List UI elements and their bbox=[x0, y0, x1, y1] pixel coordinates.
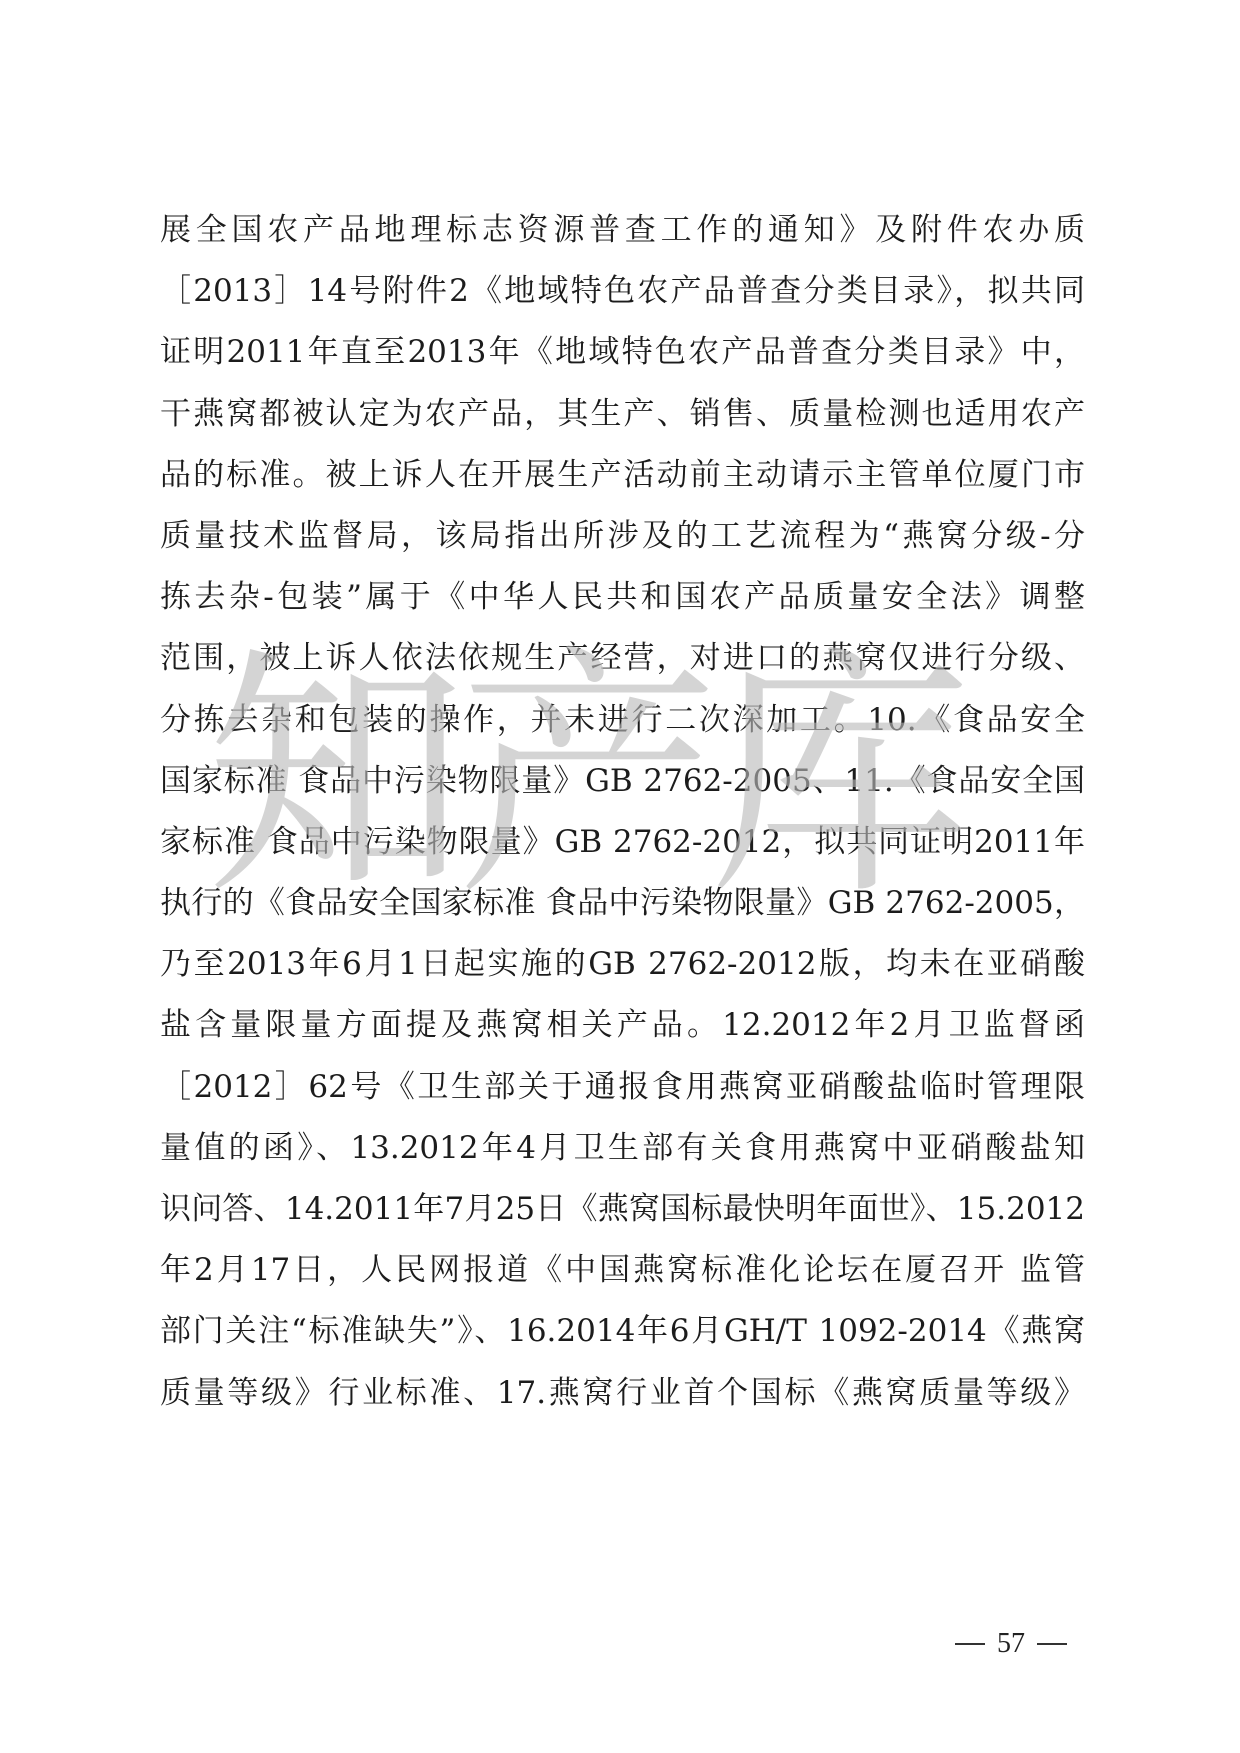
text-line: 质量技术监督局，该局指出所涉及的工艺流程为“燕窝分级-分 bbox=[160, 506, 1085, 567]
text-line: 质量等级》行业标准、17.燕窝行业首个国标《燕窝质量等级》 bbox=[160, 1363, 1085, 1424]
text-line: 品的标准。被上诉人在开展生产活动前主动请示主管单位厦门市 bbox=[160, 445, 1085, 506]
text-line: ［2012］62号《卫生部关于通报食用燕窝亚硝酸盐临时管理限 bbox=[160, 1057, 1085, 1118]
text-line: 年2月17日，人民网报道《中国燕窝标准化论坛在厦召开 监管 bbox=[160, 1240, 1085, 1301]
text-line: 拣去杂-包装”属于《中华人民共和国农产品质量安全法》调整 bbox=[160, 567, 1085, 628]
page-number: 57 bbox=[955, 1628, 1067, 1660]
body-text: 展全国农产品地理标志资源普查工作的通知》及附件农办质 ［2013］14号附件2《… bbox=[160, 200, 1085, 1424]
text-line: 执行的《食品安全国家标准 食品中污染物限量》GB 2762-2005， bbox=[160, 873, 1085, 934]
text-line: 乃至2013年6月1日起实施的GB 2762-2012版，均未在亚硝酸 bbox=[160, 934, 1085, 995]
text-line: 分拣去杂和包装的操作，并未进行二次深加工。10.《食品安全 bbox=[160, 690, 1085, 751]
text-line: 量值的函》、13.2012年4月卫生部有关食用燕窝中亚硝酸盐知 bbox=[160, 1118, 1085, 1179]
text-line: 国家标准 食品中污染物限量》GB 2762-2005、11.《食品安全国 bbox=[160, 751, 1085, 812]
text-line: 盐含量限量方面提及燕窝相关产品。12.2012年2月卫监督函 bbox=[160, 995, 1085, 1056]
text-line: 展全国农产品地理标志资源普查工作的通知》及附件农办质 bbox=[160, 200, 1085, 261]
dash-right bbox=[1037, 1643, 1067, 1645]
text-line: 识问答、14.2011年7月25日《燕窝国标最快明年面世》、15.2012 bbox=[160, 1179, 1085, 1240]
text-line: ［2013］14号附件2《地域特色农产品普查分类目录》，拟共同 bbox=[160, 261, 1085, 322]
text-line: 家标准 食品中污染物限量》GB 2762-2012，拟共同证明2011年 bbox=[160, 812, 1085, 873]
document-page: 展全国农产品地理标志资源普查工作的通知》及附件农办质 ［2013］14号附件2《… bbox=[0, 0, 1240, 1753]
text-line: 部门关注“标准缺失”》、16.2014年6月GH/T 1092-2014《燕窝 bbox=[160, 1301, 1085, 1362]
dash-left bbox=[955, 1643, 985, 1645]
text-line: 范围，被上诉人依法依规生产经营，对进口的燕窝仅进行分级、 bbox=[160, 628, 1085, 689]
page-number-value: 57 bbox=[997, 1628, 1025, 1660]
text-line: 证明2011年直至2013年《地域特色农产品普查分类目录》中， bbox=[160, 322, 1085, 383]
text-line: 干燕窝都被认定为农产品，其生产、销售、质量检测也适用农产 bbox=[160, 384, 1085, 445]
